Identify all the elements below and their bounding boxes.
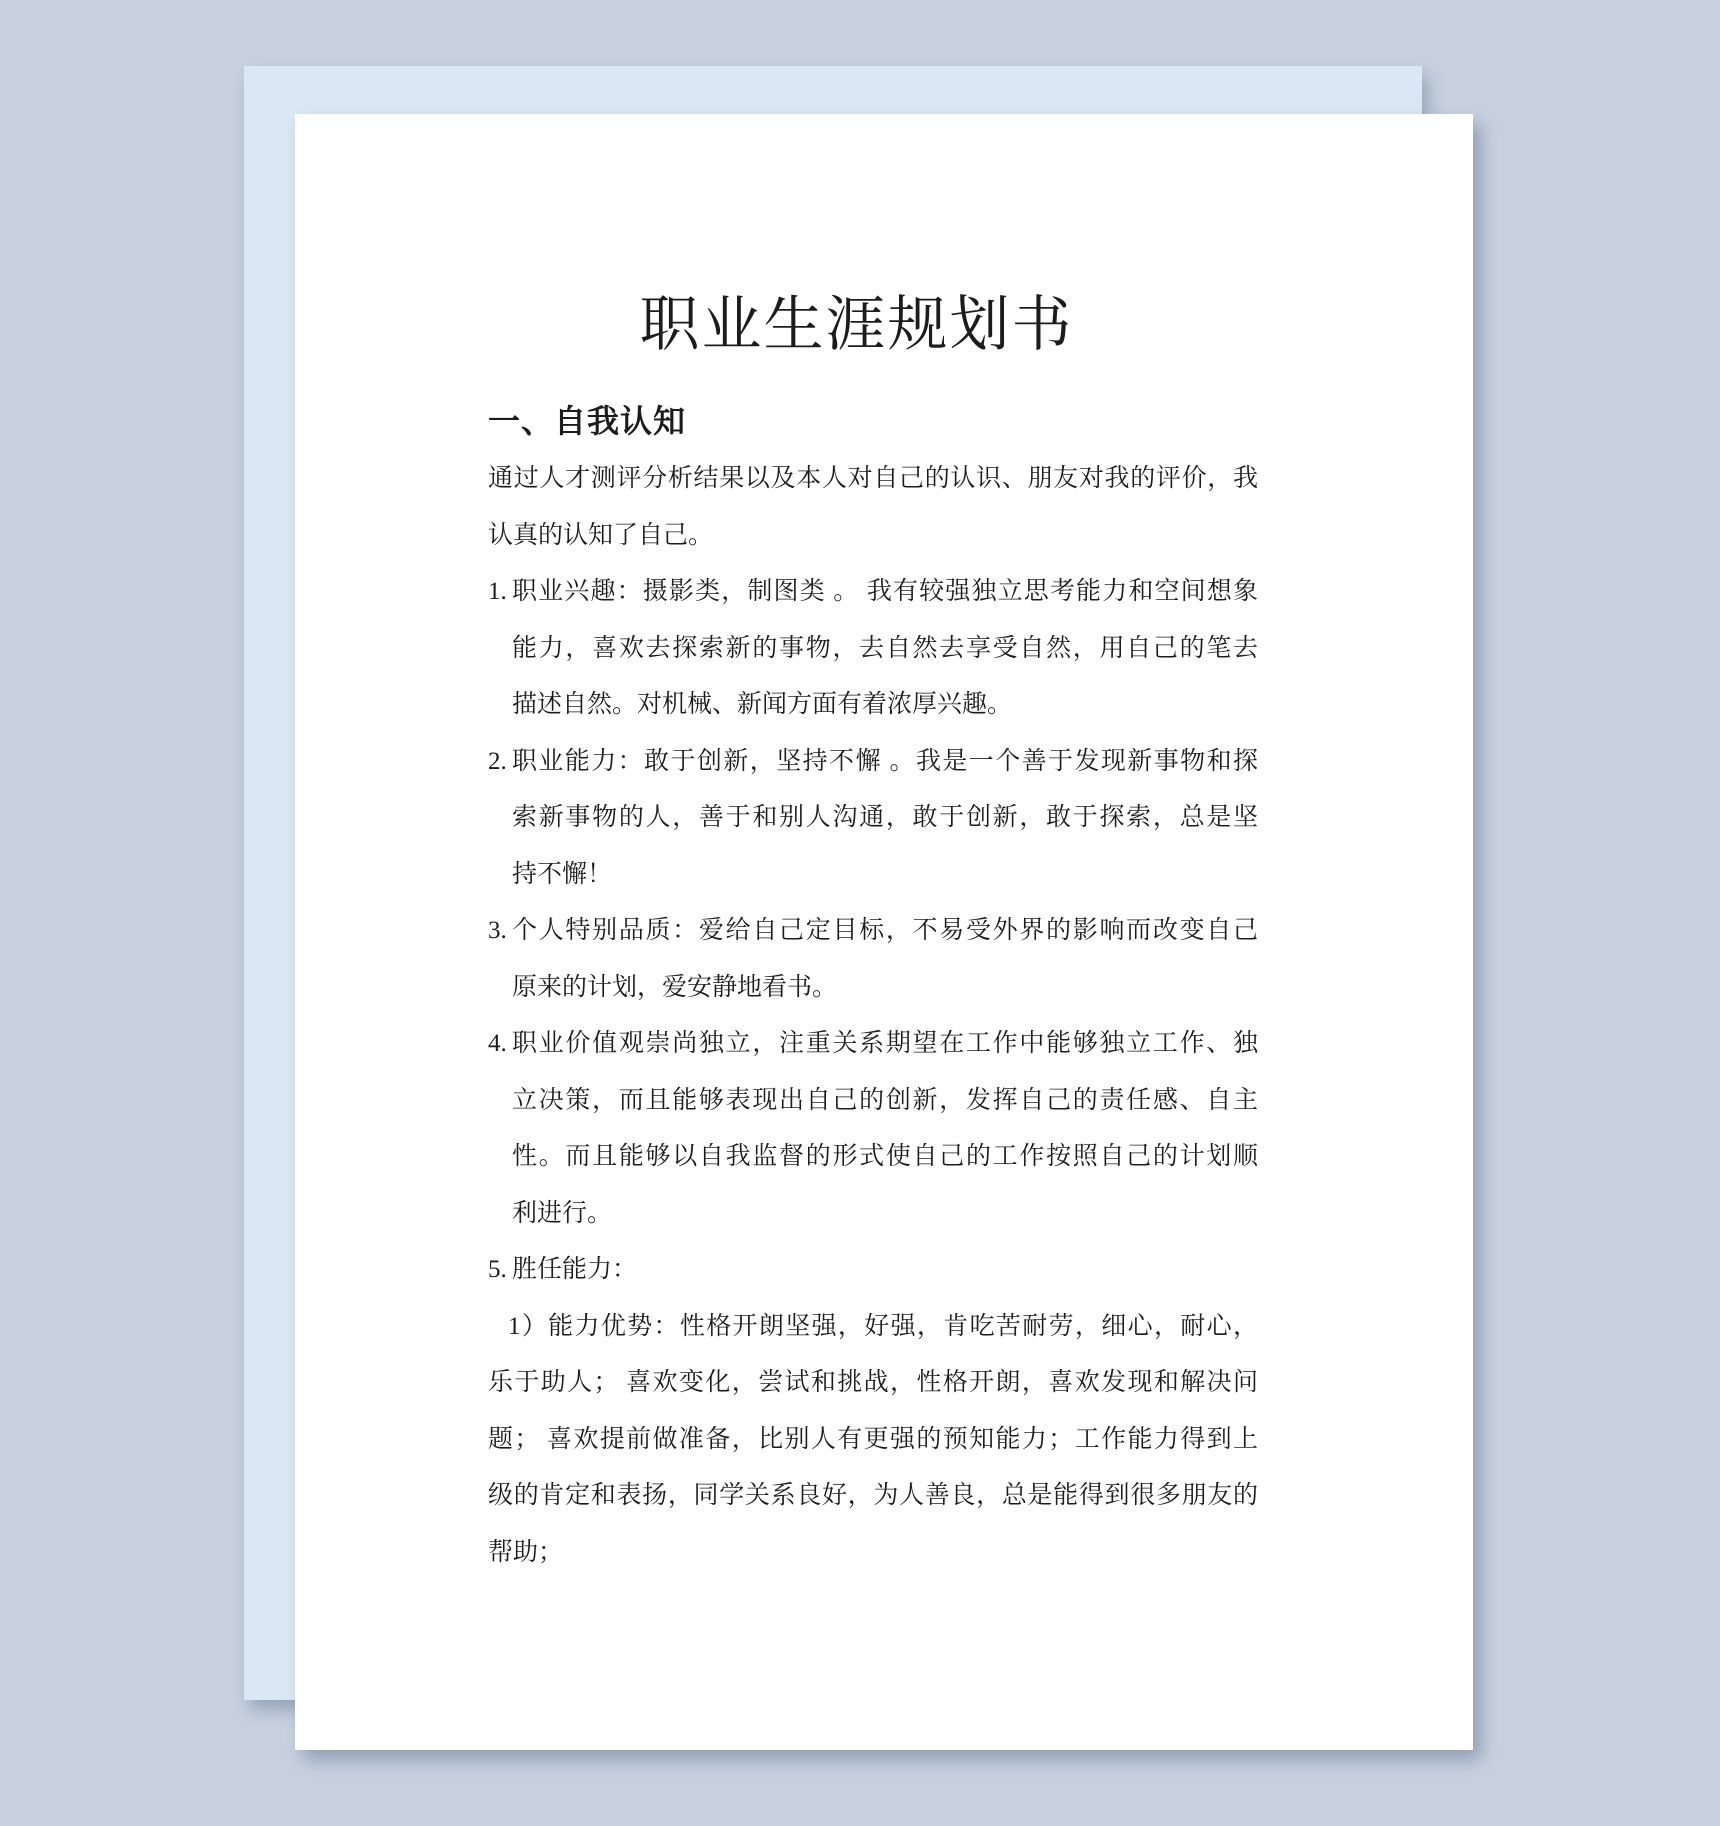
text-line: 乐于助人； 喜欢变化，尝试和挑战，性格开朗，喜欢发现和解决问 xyxy=(488,1355,1258,1412)
text-line: 性。而且能够以自我监督的形式使自己的工作按照自己的计划顺 xyxy=(512,1129,1258,1186)
list-number: 4. xyxy=(488,1016,512,1073)
line-text: 职业兴趣：摄影类，制图类 。 我有较强独立思考能力和空间想象 xyxy=(512,564,1258,621)
line-text: 个人特别品质：爱给自己定目标，不易受外界的影响而改变自己 xyxy=(512,903,1258,960)
text-line: 原来的计划，爱安静地看书。 xyxy=(512,960,1258,1017)
text-line: 5.胜任能力： xyxy=(488,1242,1258,1299)
document-body: 通过人才测评分析结果以及本人对自己的认识、朋友对我的评价，我认真的认知了自己。1… xyxy=(488,451,1265,1581)
text-line: 1）能力优势：性格开朗坚强，好强，肯吃苦耐劳，细心，耐心， xyxy=(508,1299,1258,1356)
list-number: 3. xyxy=(488,903,512,960)
text-line: 利进行。 xyxy=(512,1186,1258,1243)
text-line: 帮助； xyxy=(488,1525,1258,1582)
text-line: 3.个人特别品质：爱给自己定目标，不易受外界的影响而改变自己 xyxy=(488,903,1258,960)
text-line: 持不懈！ xyxy=(512,847,1258,904)
text-line: 4.职业价值观崇尚独立，注重关系期望在工作中能够独立工作、独 xyxy=(488,1016,1258,1073)
document-page: 职业生涯规划书 一、自我认知 通过人才测评分析结果以及本人对自己的认识、朋友对我… xyxy=(295,114,1473,1750)
line-text: 胜任能力： xyxy=(512,1242,1258,1299)
list-number: 1. xyxy=(488,564,512,621)
text-line: 题； 喜欢提前做准备，比别人有更强的预知能力；工作能力得到上 xyxy=(488,1412,1258,1469)
text-line: 级的肯定和表扬，同学关系良好，为人善良，总是能得到很多朋友的 xyxy=(488,1468,1258,1525)
text-line: 描述自然。对机械、新闻方面有着浓厚兴趣。 xyxy=(512,677,1258,734)
text-line: 认真的认知了自己。 xyxy=(488,508,1258,565)
line-text: 职业能力：敢于创新，坚持不懈 。我是一个善于发现新事物和探 xyxy=(512,734,1258,791)
list-number: 2. xyxy=(488,734,512,791)
document-title: 职业生涯规划书 xyxy=(488,282,1265,368)
desk-background: 职业生涯规划书 一、自我认知 通过人才测评分析结果以及本人对自己的认识、朋友对我… xyxy=(0,0,1720,1826)
text-line: 1.职业兴趣：摄影类，制图类 。 我有较强独立思考能力和空间想象 xyxy=(488,564,1258,621)
text-line: 能力，喜欢去探索新的事物，去自然去享受自然，用自己的笔去 xyxy=(512,621,1258,678)
line-text: 职业价值观崇尚独立，注重关系期望在工作中能够独立工作、独 xyxy=(512,1016,1258,1073)
text-line: 2.职业能力：敢于创新，坚持不懈 。我是一个善于发现新事物和探 xyxy=(488,734,1258,791)
section-heading: 一、自我认知 xyxy=(488,398,1265,444)
list-number: 5. xyxy=(488,1242,512,1299)
text-line: 立决策，而且能够表现出自己的创新，发挥自己的责任感、自主 xyxy=(512,1073,1258,1130)
text-line: 通过人才测评分析结果以及本人对自己的认识、朋友对我的评价，我 xyxy=(488,451,1258,508)
text-line: 索新事物的人，善于和别人沟通，敢于创新，敢于探索，总是坚 xyxy=(512,790,1258,847)
